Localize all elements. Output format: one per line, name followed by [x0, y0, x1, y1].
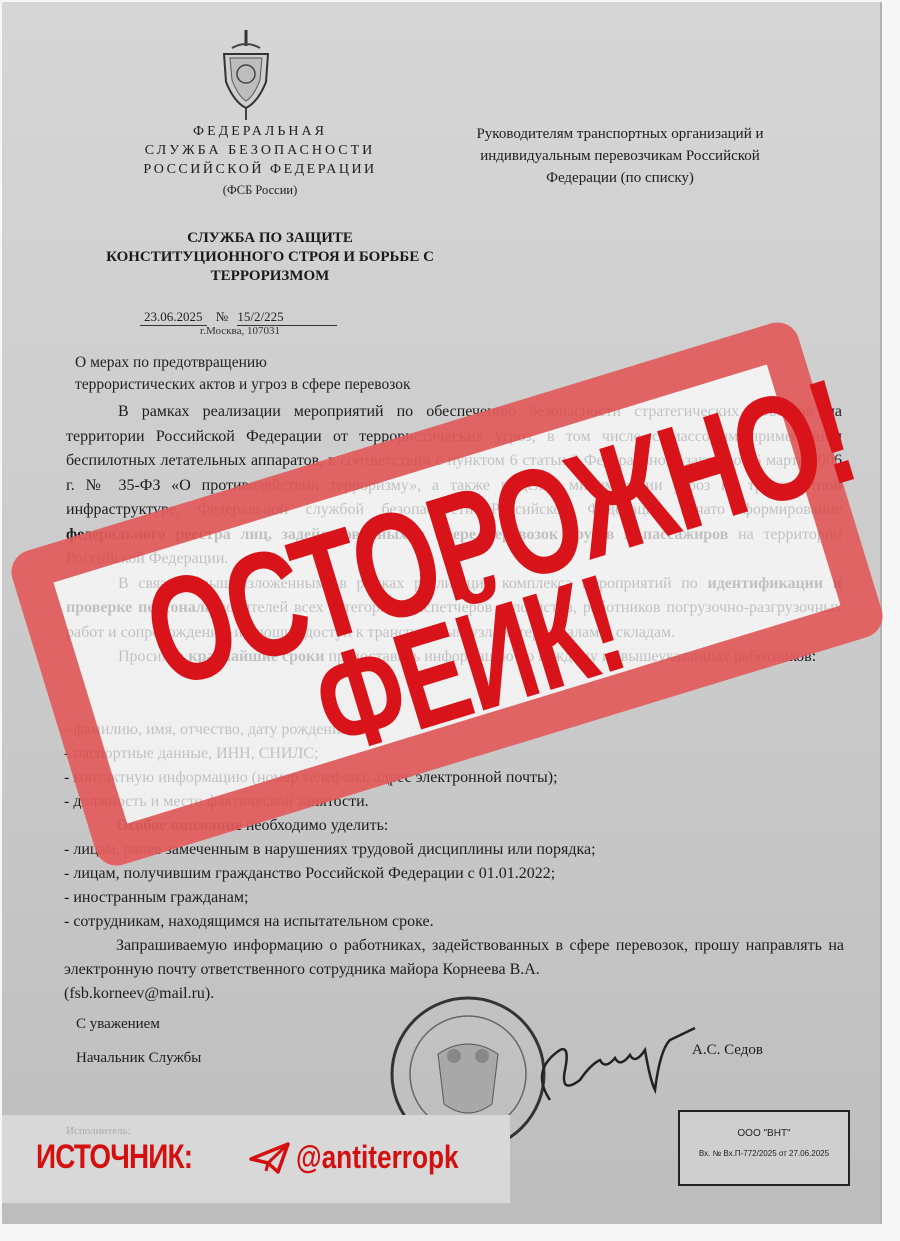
document-date: 23.06.2025	[140, 309, 207, 326]
subject-line: О мерах по предотвращению	[75, 352, 411, 374]
org-name-line: РОССИЙСКОЙ ФЕДЕРАЦИИ	[100, 162, 420, 178]
list-item: - иностранным гражданам;	[64, 886, 844, 910]
number-sign: №	[216, 309, 228, 324]
source-credit: ИСТОЧНИК: @antiterropk	[36, 1138, 494, 1177]
source-label: ИСТОЧНИК:	[36, 1138, 210, 1177]
org-name-line: ФЕДЕРАЛЬНАЯ	[100, 124, 420, 140]
regards: С уважением	[76, 1016, 160, 1033]
executor-label: Исполнитель:	[66, 1125, 131, 1137]
subject: О мерах по предотвращению террористическ…	[75, 352, 411, 396]
recipient-company: ООО "ВНТ"	[680, 1128, 848, 1139]
subject-line: террористических актов и угроз в сфере п…	[75, 374, 411, 396]
telegram-icon	[248, 1141, 292, 1175]
fsb-emblem-icon	[218, 28, 274, 120]
service-name: СЛУЖБА ПО ЗАЩИТЕ КОНСТИТУЦИОННОГО СТРОЯ …	[100, 229, 440, 286]
signer-position: Начальник Службы	[76, 1050, 201, 1067]
incoming-number: Вх. № Вх.П-772/2025 от 27.06.2025	[680, 1149, 848, 1158]
document-date-number: 23.06.2025 № 15/2/225	[140, 309, 365, 326]
signer-name: А.С. Седов	[692, 1042, 763, 1059]
signature-icon	[520, 1010, 700, 1110]
closing-paragraph: Запрашиваемую информацию о работниках, з…	[64, 934, 844, 982]
org-abbrev: (ФСБ России)	[100, 183, 420, 198]
document-number: 15/2/225	[237, 309, 337, 326]
list-item: - лицам, получившим гражданство Российск…	[64, 862, 844, 886]
telegram-handle[interactable]: @antiterropk	[296, 1139, 459, 1176]
incoming-registration-stamp: ООО "ВНТ" Вх. № Вх.П-772/2025 от 27.06.2…	[678, 1110, 850, 1186]
addressee: Руководителям транспортных организаций и…	[470, 123, 770, 189]
city-address: г.Москва, 107031	[200, 325, 280, 337]
org-name-line: СЛУЖБА БЕЗОПАСНОСТИ	[100, 143, 420, 159]
list-item: - сотрудникам, находящимся на испытатель…	[64, 910, 844, 934]
